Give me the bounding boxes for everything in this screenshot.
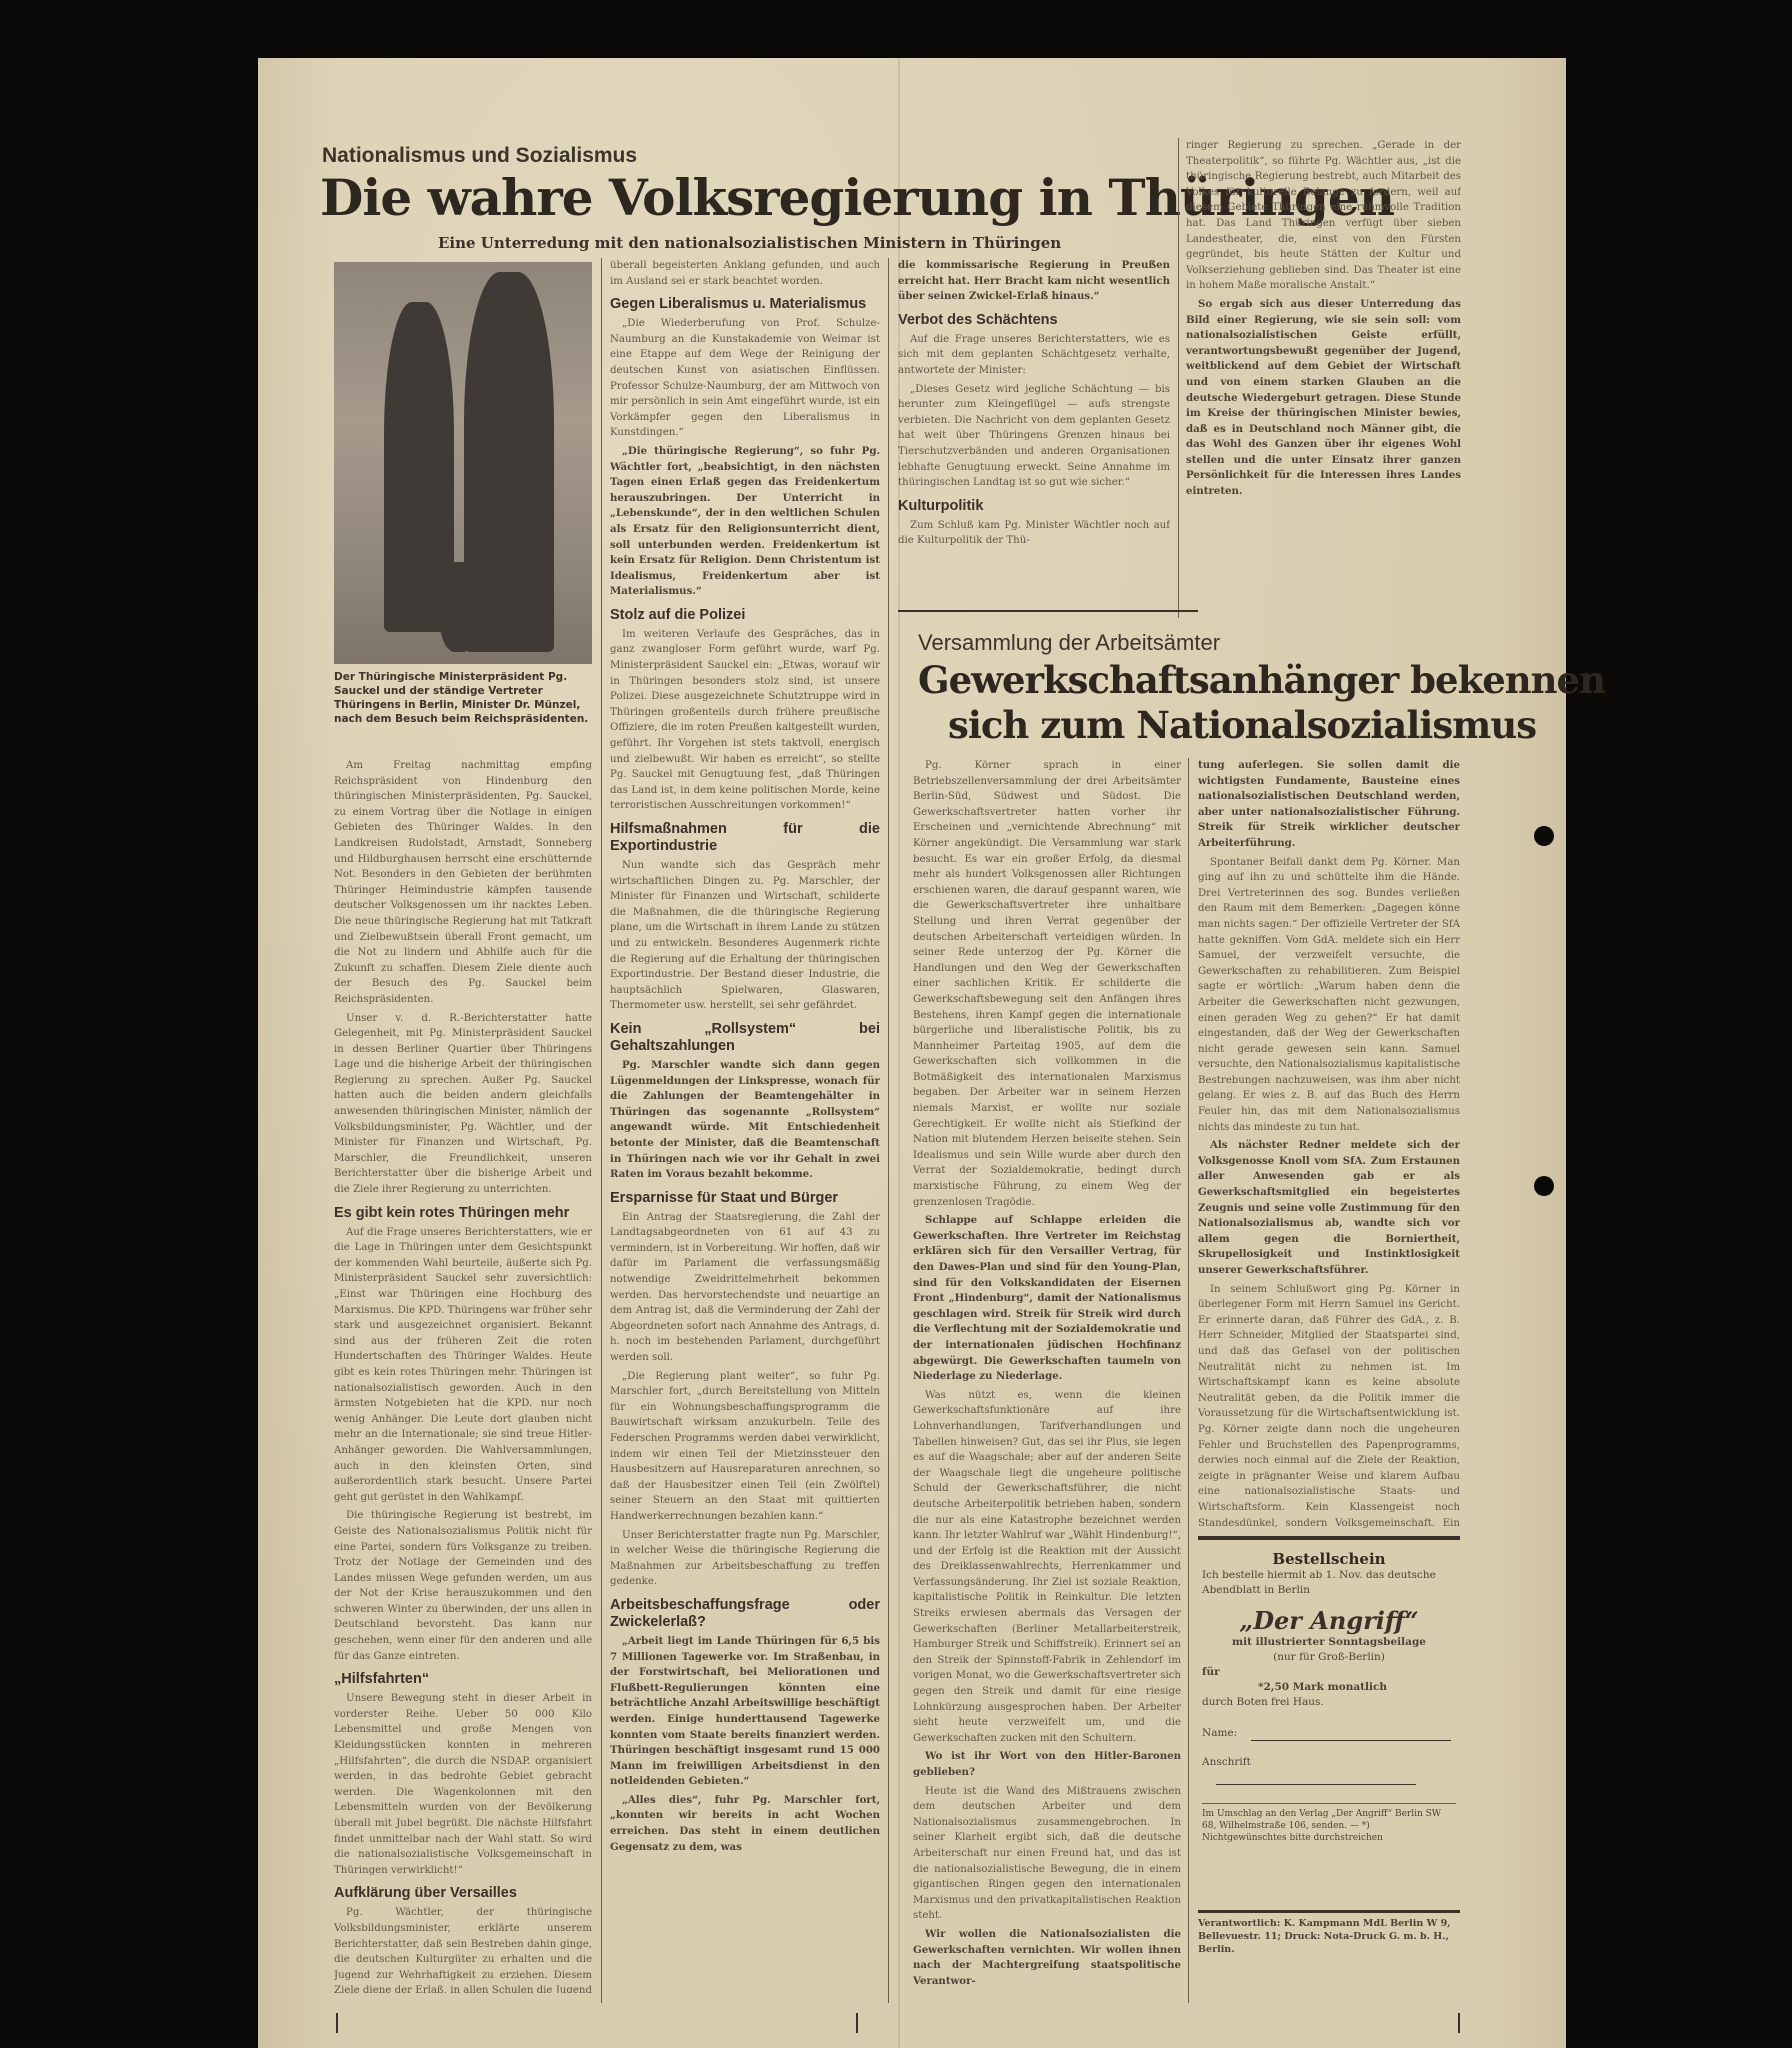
- order-form-note: Im Umschlag an den Verlag „Der Angriff“ …: [1198, 1808, 1460, 1844]
- paragraph: Unsere Bewegung steht in dieser Arbeit i…: [334, 1691, 592, 1878]
- paragraph: Pg. Marschler wandte sich dann gegen Lüg…: [610, 1058, 880, 1183]
- paragraph: „Die Wiederberufung von Prof. Schulze-Na…: [610, 316, 880, 441]
- column-rule: [601, 258, 602, 2003]
- paragraph: „Alles dies“, fuhr Pg. Marschler fort, „…: [610, 1793, 880, 1855]
- paragraph: Schlappe auf Schlappe erleiden die Gewer…: [913, 1213, 1181, 1385]
- paragraph: Auf die Frage unseres Berichterstatters,…: [898, 332, 1170, 379]
- subheading: Aufklärung über Versailles: [334, 1885, 592, 1902]
- punch-hole: [1534, 826, 1554, 846]
- name-label: Name:: [1202, 1727, 1237, 1739]
- article2-kicker: Versammlung der Arbeitsämter: [918, 630, 1220, 656]
- article2-headline-line1: Gewerkschaftsanhänger bekennen: [918, 658, 1605, 702]
- paragraph: Wir wollen die Nationalsozialisten die G…: [913, 1927, 1181, 1989]
- article1-column-3: die kommissarische Regierung in Preußen …: [898, 258, 1170, 603]
- article1-column-2: überall begeisterten Anklang gefunden, u…: [610, 258, 880, 2003]
- article1-deck: Eine Unterredung mit den nationalsoziali…: [438, 234, 1061, 252]
- paragraph: „Die Regierung plant weiter“, so fuhr Pg…: [610, 1369, 880, 1525]
- article2-column-2: tung auferlegen. Sie sollen damit die wi…: [1198, 758, 1460, 1528]
- order-form-delivery: durch Boten frei Haus.: [1198, 1695, 1460, 1710]
- order-form-address-row: Anschrift: [1198, 1755, 1460, 1785]
- paragraph: Spontaner Beifall dankt dem Pg. Körner. …: [1198, 855, 1460, 1136]
- article2-headline-line2: sich zum Nationalsozialismus: [948, 703, 1536, 747]
- figure-child: [439, 562, 479, 652]
- article1-column-4: ringer Regierung zu sprechen. „Gerade in…: [1186, 138, 1461, 608]
- paragraph: „Arbeit liegt im Lande Thüringen für 6,5…: [610, 1634, 880, 1790]
- paragraph: die kommissarische Regierung in Preußen …: [898, 258, 1170, 305]
- fold-mark: [1458, 2013, 1460, 2033]
- paragraph: Auf die Frage unseres Berichterstatters,…: [334, 1225, 592, 1506]
- paragraph: Als nächster Redner meldete sich der Vol…: [1198, 1138, 1460, 1278]
- article-divider: [898, 610, 1198, 612]
- subheading: Kein „Rollsystem“ bei Gehaltszahlungen: [610, 1021, 880, 1055]
- name-field[interactable]: [1251, 1740, 1451, 1741]
- order-form-intro: Ich bestelle hiermit ab 1. Nov. das deut…: [1198, 1568, 1460, 1598]
- subheading: Verbot des Schächtens: [898, 312, 1170, 329]
- subheading: Gegen Liberalismus u. Materialismus: [610, 296, 880, 313]
- paragraph: überall begeisterten Anklang gefunden, u…: [610, 258, 880, 289]
- newspaper-page: Nationalismus und Sozialismus Die wahre …: [258, 58, 1566, 2048]
- paragraph: „Dieses Gesetz wird jegliche Schächtung …: [898, 382, 1170, 491]
- paragraph: Unser v. d. R.-Berichterstatter hatte Ge…: [334, 1011, 592, 1198]
- article1-column-1: Am Freitag nachmittag empfing Reichspräs…: [334, 758, 592, 1993]
- paragraph: Ein Antrag der Staatsregierung, die Zahl…: [610, 1210, 880, 1366]
- subheading: Hilfsmaßnahmen für die Exportindustrie: [610, 821, 880, 855]
- paragraph: Zum Schluß kam Pg. Minister Wächtler noc…: [898, 518, 1170, 549]
- order-form-supplement: mit illustrierter Sonntagsbeilage: [1198, 1635, 1460, 1650]
- paragraph: Wo ist ihr Wort von den Hitler-Baronen g…: [913, 1749, 1181, 1780]
- column-rule: [1178, 138, 1179, 618]
- paragraph: Nun wandte sich das Gespräch mehr wirtsc…: [610, 858, 880, 1014]
- order-form-for: für: [1198, 1665, 1460, 1680]
- column-rule: [1188, 758, 1189, 2003]
- paragraph: Pg. Wächtler, der thüringische Volksbild…: [334, 1905, 592, 1993]
- order-form: Bestellschein Ich bestelle hiermit ab 1.…: [1198, 1536, 1460, 1880]
- paragraph: tung auferlegen. Sie sollen damit die wi…: [1198, 758, 1460, 852]
- order-form-title: Bestellschein: [1198, 1550, 1460, 1568]
- paragraph: Pg. Körner sprach in einer Betriebszelle…: [913, 758, 1181, 1210]
- punch-hole: [1534, 1176, 1554, 1196]
- order-form-paper-name: „Der Angriff“: [1198, 1606, 1460, 1635]
- address-field[interactable]: [1216, 1784, 1416, 1785]
- paragraph: So ergab sich aus dieser Unterredung das…: [1186, 297, 1461, 500]
- address-label: Anschrift: [1202, 1756, 1251, 1768]
- column-rule: [888, 258, 889, 2003]
- paragraph: „Die thüringische Regierung“, so fuhr Pg…: [610, 444, 880, 600]
- imprint: Verantwortlich: K. Kampmann MdL Berlin W…: [1198, 1910, 1460, 1956]
- subheading: „Hilfsfahrten“: [334, 1671, 592, 1688]
- fold-mark: [336, 2013, 338, 2033]
- paragraph: Die thüringische Regierung ist bestrebt,…: [334, 1508, 592, 1664]
- subheading: Kulturpolitik: [898, 498, 1170, 515]
- paragraph: Im weiteren Verlaufe des Gespräches, das…: [610, 627, 880, 814]
- paragraph: Was nützt es, wenn die kleinen Gewerksch…: [913, 1388, 1181, 1747]
- subheading: Arbeitsbeschaffungsfrage oder Zwickelerl…: [610, 1597, 880, 1631]
- paragraph: Heute ist die Wand des Mißtrauens zwisch…: [913, 1784, 1181, 1924]
- order-form-name-row: Name:: [1198, 1726, 1460, 1741]
- article2-column-1: Pg. Körner sprach in einer Betriebszelle…: [913, 758, 1181, 2003]
- subheading: Es gibt kein rotes Thüringen mehr: [334, 1205, 592, 1222]
- subheading: Stolz auf die Polizei: [610, 607, 880, 624]
- order-form-price: *2,50 Mark monatlich: [1198, 1680, 1460, 1695]
- paragraph: In seinem Schlußwort ging Pg. Körner in …: [1198, 1282, 1460, 1528]
- paragraph: ringer Regierung zu sprechen. „Gerade in…: [1186, 138, 1461, 294]
- fold-mark: [856, 2013, 858, 2033]
- photo-caption: Der Thüringische Ministerpräsident Pg. S…: [334, 670, 592, 726]
- paragraph: Unser Berichterstatter fragte nun Pg. Ma…: [610, 1528, 880, 1590]
- order-form-region: (nur für Groß-Berlin): [1198, 1650, 1460, 1665]
- paragraph: Am Freitag nachmittag empfing Reichspräs…: [334, 758, 592, 1008]
- subheading: Ersparnisse für Staat und Bürger: [610, 1190, 880, 1207]
- photo-ministers: [334, 262, 592, 664]
- form-divider: [1202, 1803, 1456, 1804]
- article1-kicker: Nationalismus und Sozialismus: [322, 144, 637, 168]
